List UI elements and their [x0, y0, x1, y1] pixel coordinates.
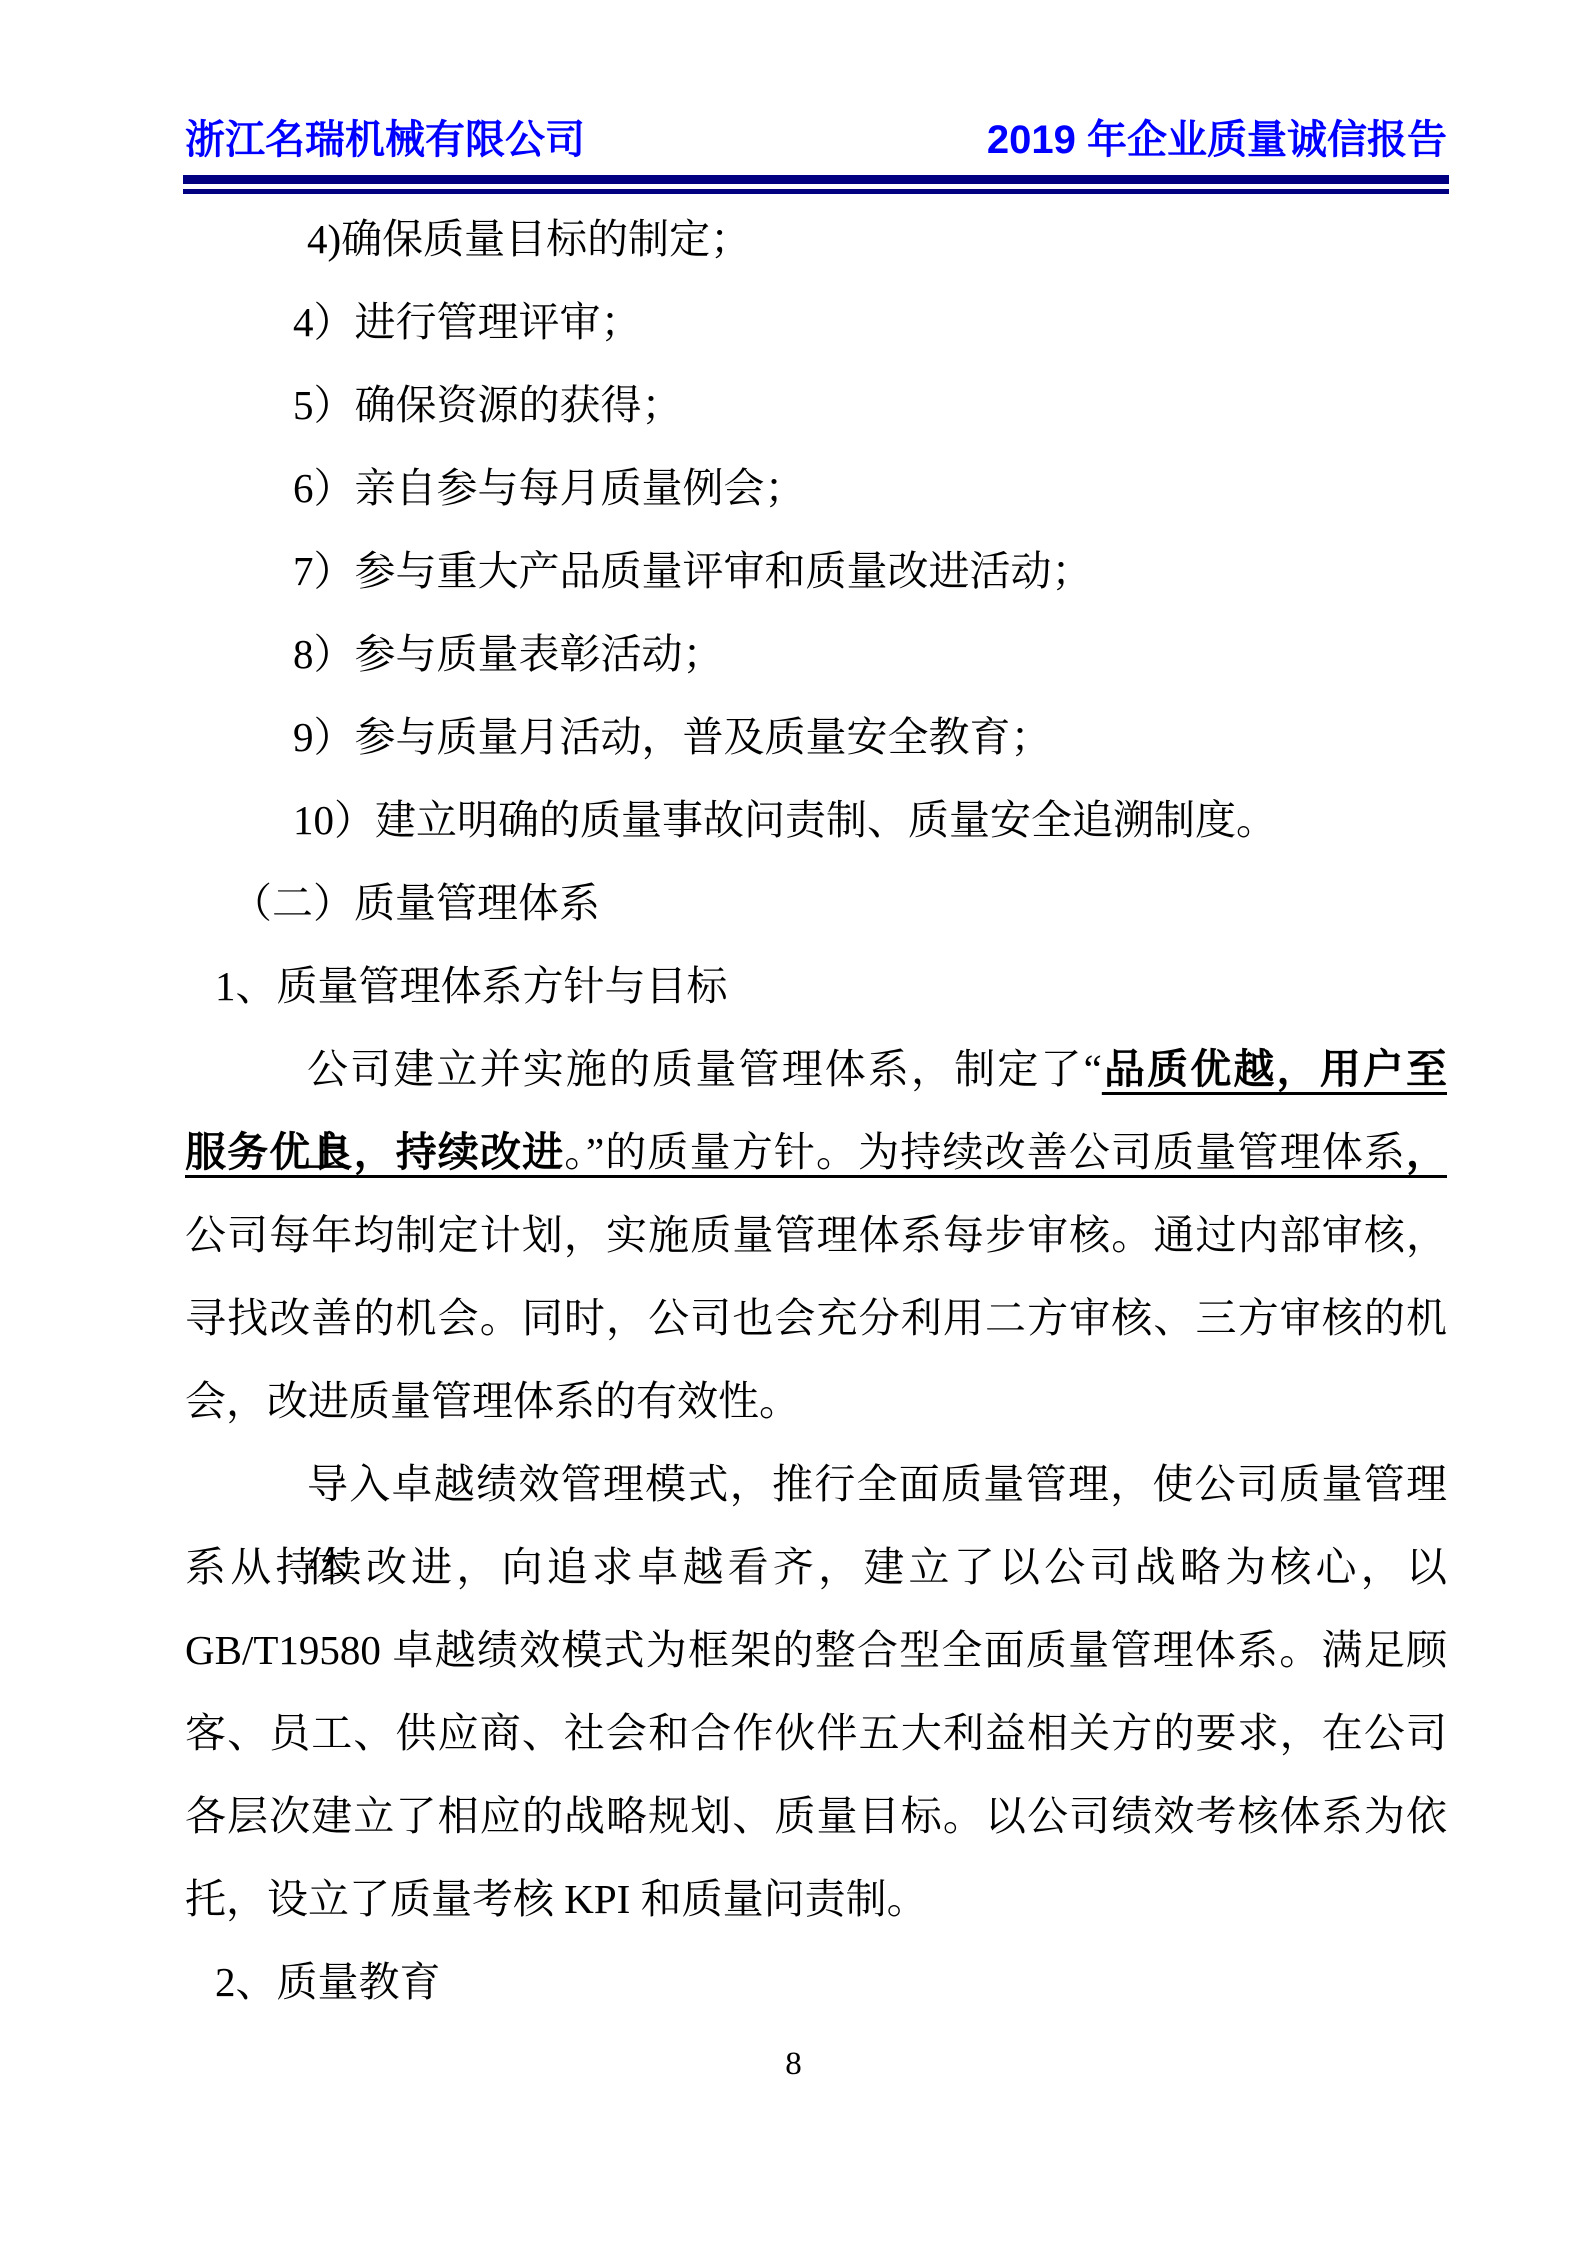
subsection-heading: 2、质量教育	[185, 1941, 1447, 2024]
document-body: 4)确保质量目标的制定； 4）进行管理评审； 5）确保资源的获得； 6）亲自参与…	[185, 198, 1447, 2024]
paragraph-text: 公司建立并实施的质量管理体系，制定了“	[307, 1046, 1102, 1092]
list-item: 4)确保质量目标的制定；	[185, 198, 1447, 281]
document-page: 浙江名瑞机械有限公司 2019 年企业质量诚信报告 4)确保质量目标的制定； 4…	[0, 0, 1587, 2245]
paragraph-line: 客、员工、供应商、社会和合作伙伴五大利益相关方的要求，在公司	[185, 1692, 1447, 1775]
paragraph-line: 公司每年均制定计划，实施质量管理体系每步审核。通过内部审核，	[185, 1194, 1447, 1277]
paragraph-line: 服务优良，持续改进。”的质量方针。为持续改善公司质量管理体系，	[185, 1111, 1447, 1194]
paragraph-line: 寻找改善的机会。同时，公司也会充分利用二方审核、三方审核的机	[185, 1277, 1447, 1360]
header-double-rule	[183, 175, 1449, 194]
page-number: 8	[0, 2044, 1587, 2084]
page-header: 浙江名瑞机械有限公司 2019 年企业质量诚信报告	[185, 116, 1447, 164]
paragraph-text: 。”的质量方针。为持续改善公司质量管理体系，	[564, 1129, 1447, 1175]
header-company-name: 浙江名瑞机械有限公司	[185, 116, 585, 164]
list-item: 7）参与重大产品质量评审和质量改进活动；	[185, 530, 1447, 613]
header-report-title: 2019 年企业质量诚信报告	[987, 116, 1447, 164]
subsection-heading: 1、质量管理体系方针与目标	[185, 945, 1447, 1028]
paragraph-line: 各层次建立了相应的战略规划、质量目标。以公司绩效考核体系为依	[185, 1775, 1447, 1858]
quality-policy-emphasis: 服务优良，持续改进	[185, 1129, 564, 1175]
list-item: 6）亲自参与每月质量例会；	[185, 447, 1447, 530]
paragraph-line: 公司建立并实施的质量管理体系，制定了“品质优越，用户至上，	[185, 1028, 1447, 1111]
list-item: 4）进行管理评审；	[185, 281, 1447, 364]
paragraph-line: 托，设立了质量考核 KPI 和质量问责制。	[185, 1858, 1447, 1941]
list-item: 9）参与质量月活动，普及质量安全教育；	[185, 696, 1447, 779]
list-item: 10）建立明确的质量事故问责制、质量安全追溯制度。	[185, 779, 1447, 862]
list-item: 5）确保资源的获得；	[185, 364, 1447, 447]
paragraph-line: 导入卓越绩效管理模式，推行全面质量管理，使公司质量管理体	[185, 1443, 1447, 1526]
paragraph-line: 会，改进质量管理体系的有效性。	[185, 1360, 1447, 1443]
paragraph-line: GB/T19580 卓越绩效模式为框架的整合型全面质量管理体系。满足顾	[185, 1609, 1447, 1692]
paragraph-line: 系从持续改进，向追求卓越看齐，建立了以公司战略为核心，以	[185, 1526, 1447, 1609]
section-heading: （二）质量管理体系	[185, 862, 1447, 945]
list-item: 8）参与质量表彰活动；	[185, 613, 1447, 696]
